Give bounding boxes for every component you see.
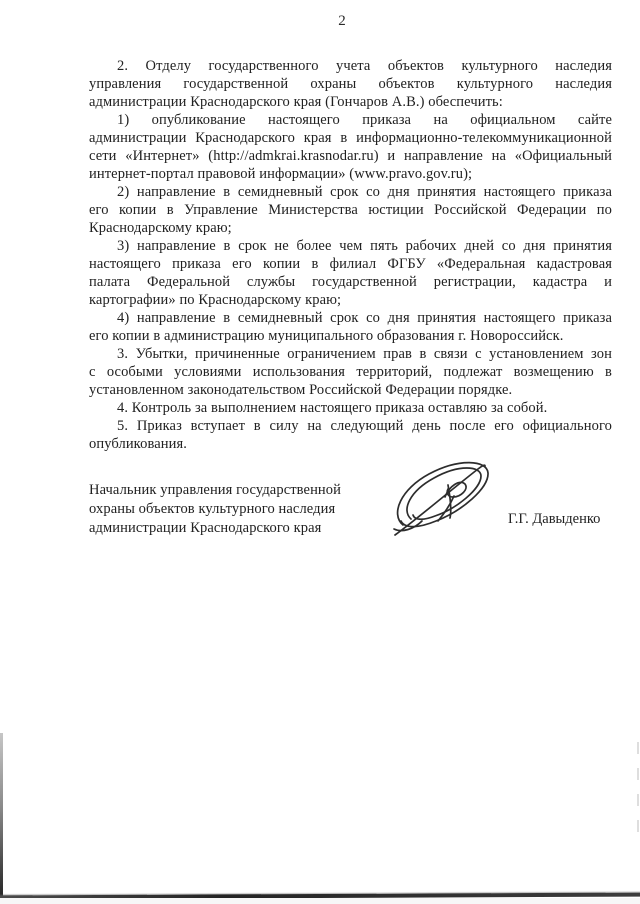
document-page: 2 2. Отделу государственного учета объек… <box>0 0 640 904</box>
signoff-title-line: охраны объектов культурного наследия <box>89 500 359 519</box>
signature-scribble <box>388 452 500 540</box>
paragraph-subitem-1: 1) опубликование настоящего приказа на о… <box>89 111 612 183</box>
bottom-paper-strip <box>0 898 640 904</box>
signoff-title-line: администрации Краснодарского края <box>89 519 359 538</box>
left-scan-artifact <box>0 733 3 897</box>
doc-line: администрации Краснодарского края (Гонча… <box>89 93 612 111</box>
doc-line: 4. Контроль за выполнением настоящего пр… <box>89 399 612 417</box>
doc-line: настоящего приказа его копии в филиал ФГ… <box>89 255 612 273</box>
doc-line: сети «Интернет» (http://admkrai.krasnoda… <box>89 147 612 165</box>
doc-line: 2. Отделу государственного учета объекто… <box>89 57 612 75</box>
paragraph-subitem-3: 3) направление в срок не более чем пять … <box>89 237 612 309</box>
doc-line: 3. Убытки, причиненные ограничением прав… <box>89 345 612 363</box>
doc-line: опубликования. <box>89 435 612 453</box>
signoff-title-line: Начальник управления государственной <box>89 481 359 500</box>
paragraph-subitem-2: 2) направление в семидневный срок со дня… <box>89 183 612 237</box>
page-number: 2 <box>330 13 354 30</box>
doc-line: 1) опубликование настоящего приказа на о… <box>89 111 612 129</box>
doc-line: его копии в Управление Министерства юсти… <box>89 201 612 219</box>
doc-line: с особыми условиями использования террит… <box>89 363 612 381</box>
paragraph-item-5: 5. Приказ вступает в силу на следующий д… <box>89 417 612 453</box>
doc-line: интернет-портал правовой информации» (ww… <box>89 165 612 183</box>
body-text: 2. Отделу государственного учета объекто… <box>89 57 612 453</box>
doc-line: 3) направление в срок не более чем пять … <box>89 237 612 255</box>
doc-line: 4) направление в семидневный срок со дня… <box>89 309 612 327</box>
doc-line: Краснодарскому краю; <box>89 219 612 237</box>
doc-line: палата Федеральной службы государственно… <box>89 273 612 291</box>
doc-line: 5. Приказ вступает в силу на следующий д… <box>89 417 612 435</box>
doc-line: его копии в администрацию муниципального… <box>89 327 612 345</box>
doc-line: установленном законодательством Российск… <box>89 381 612 399</box>
doc-line: 2) направление в семидневный срок со дня… <box>89 183 612 201</box>
signoff-name: Г.Г. Давыденко <box>508 511 628 528</box>
paragraph-subitem-4: 4) направление в семидневный срок со дня… <box>89 309 612 345</box>
signoff-block: Начальник управления государственной охр… <box>89 481 359 538</box>
doc-line: картографии» по Краснодарскому краю; <box>89 291 612 309</box>
paragraph-item-3: 3. Убытки, причиненные ограничением прав… <box>89 345 612 399</box>
right-scan-artifact <box>637 742 639 834</box>
paragraph-item-4: 4. Контроль за выполнением настоящего пр… <box>89 399 612 417</box>
doc-line: администрации Краснодарского края в инфо… <box>89 129 612 147</box>
doc-line: управления государственной охраны объект… <box>89 75 612 93</box>
paragraph-item-2: 2. Отделу государственного учета объекто… <box>89 57 612 111</box>
